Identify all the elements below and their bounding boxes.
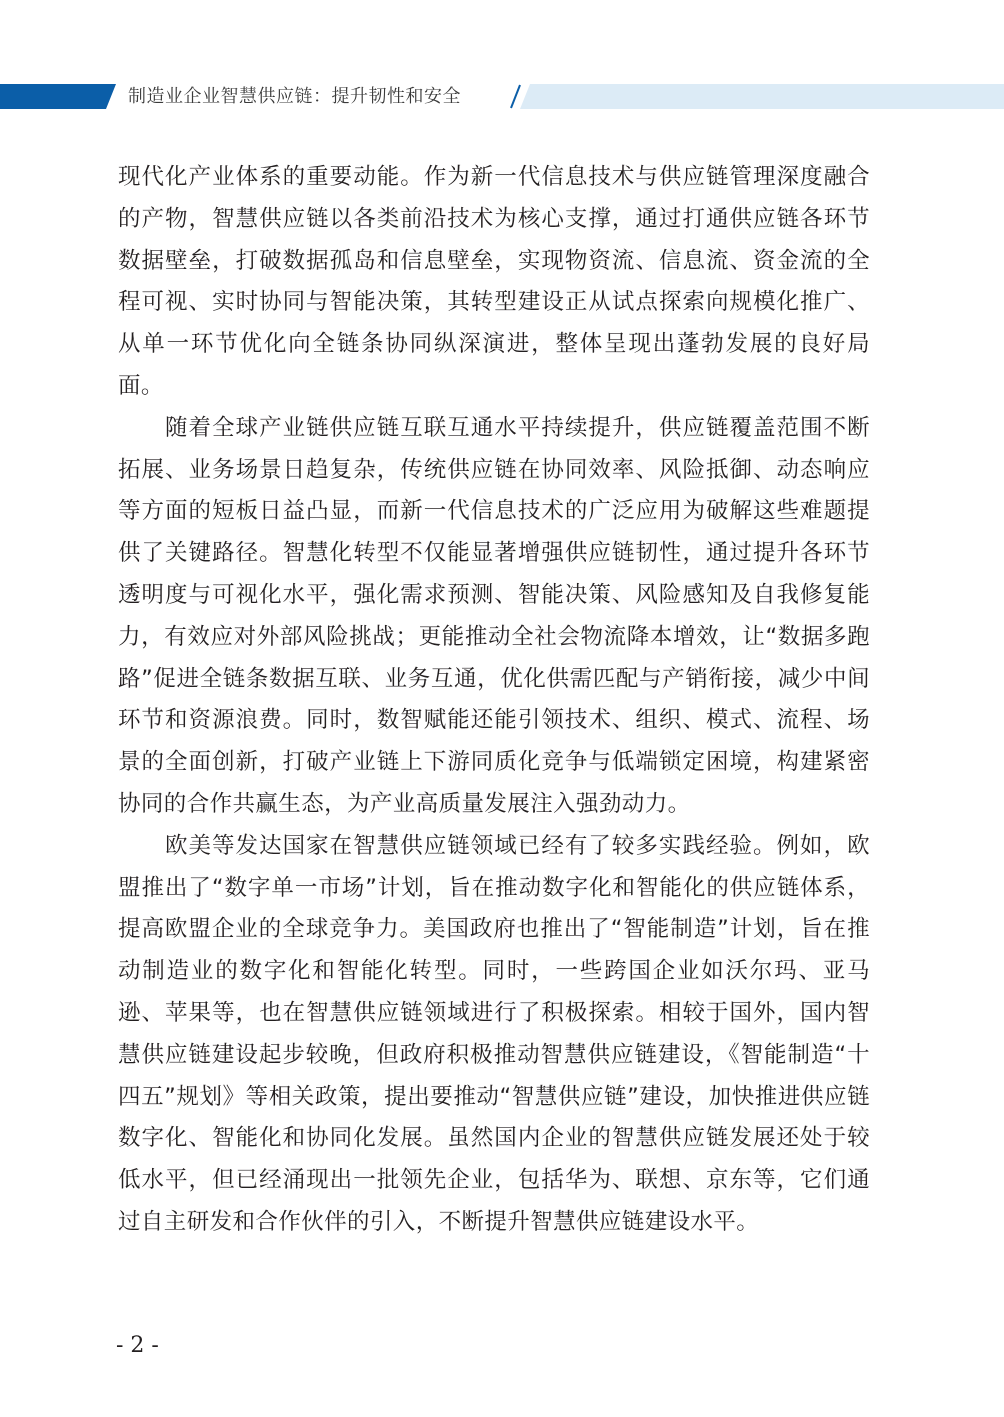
- header-accent-bar-left: [0, 84, 116, 109]
- paragraph-3: 欧美等发达国家在智慧供应链领域已经有了较多实践经验。例如，欧盟推出了“数字单一市…: [118, 826, 870, 1244]
- body-text: 现代化产业体系的重要动能。作为新一代信息技术与供应链管理深度融合的产物，智慧供应…: [118, 157, 870, 1244]
- paragraph-1: 现代化产业体系的重要动能。作为新一代信息技术与供应链管理深度融合的产物，智慧供应…: [118, 157, 870, 408]
- paragraph-2: 随着全球产业链供应链互联互通水平持续提升，供应链覆盖范围不断拓展、业务场景日趋复…: [118, 408, 870, 826]
- header-slash-divider: [508, 84, 522, 109]
- running-header-title: 制造业企业智慧供应链：提升韧性和安全: [128, 84, 461, 109]
- running-header: 制造业企业智慧供应链：提升韧性和安全: [0, 84, 1004, 109]
- header-accent-bar-right: [520, 84, 1004, 109]
- page-number: - 2 -: [116, 1333, 159, 1358]
